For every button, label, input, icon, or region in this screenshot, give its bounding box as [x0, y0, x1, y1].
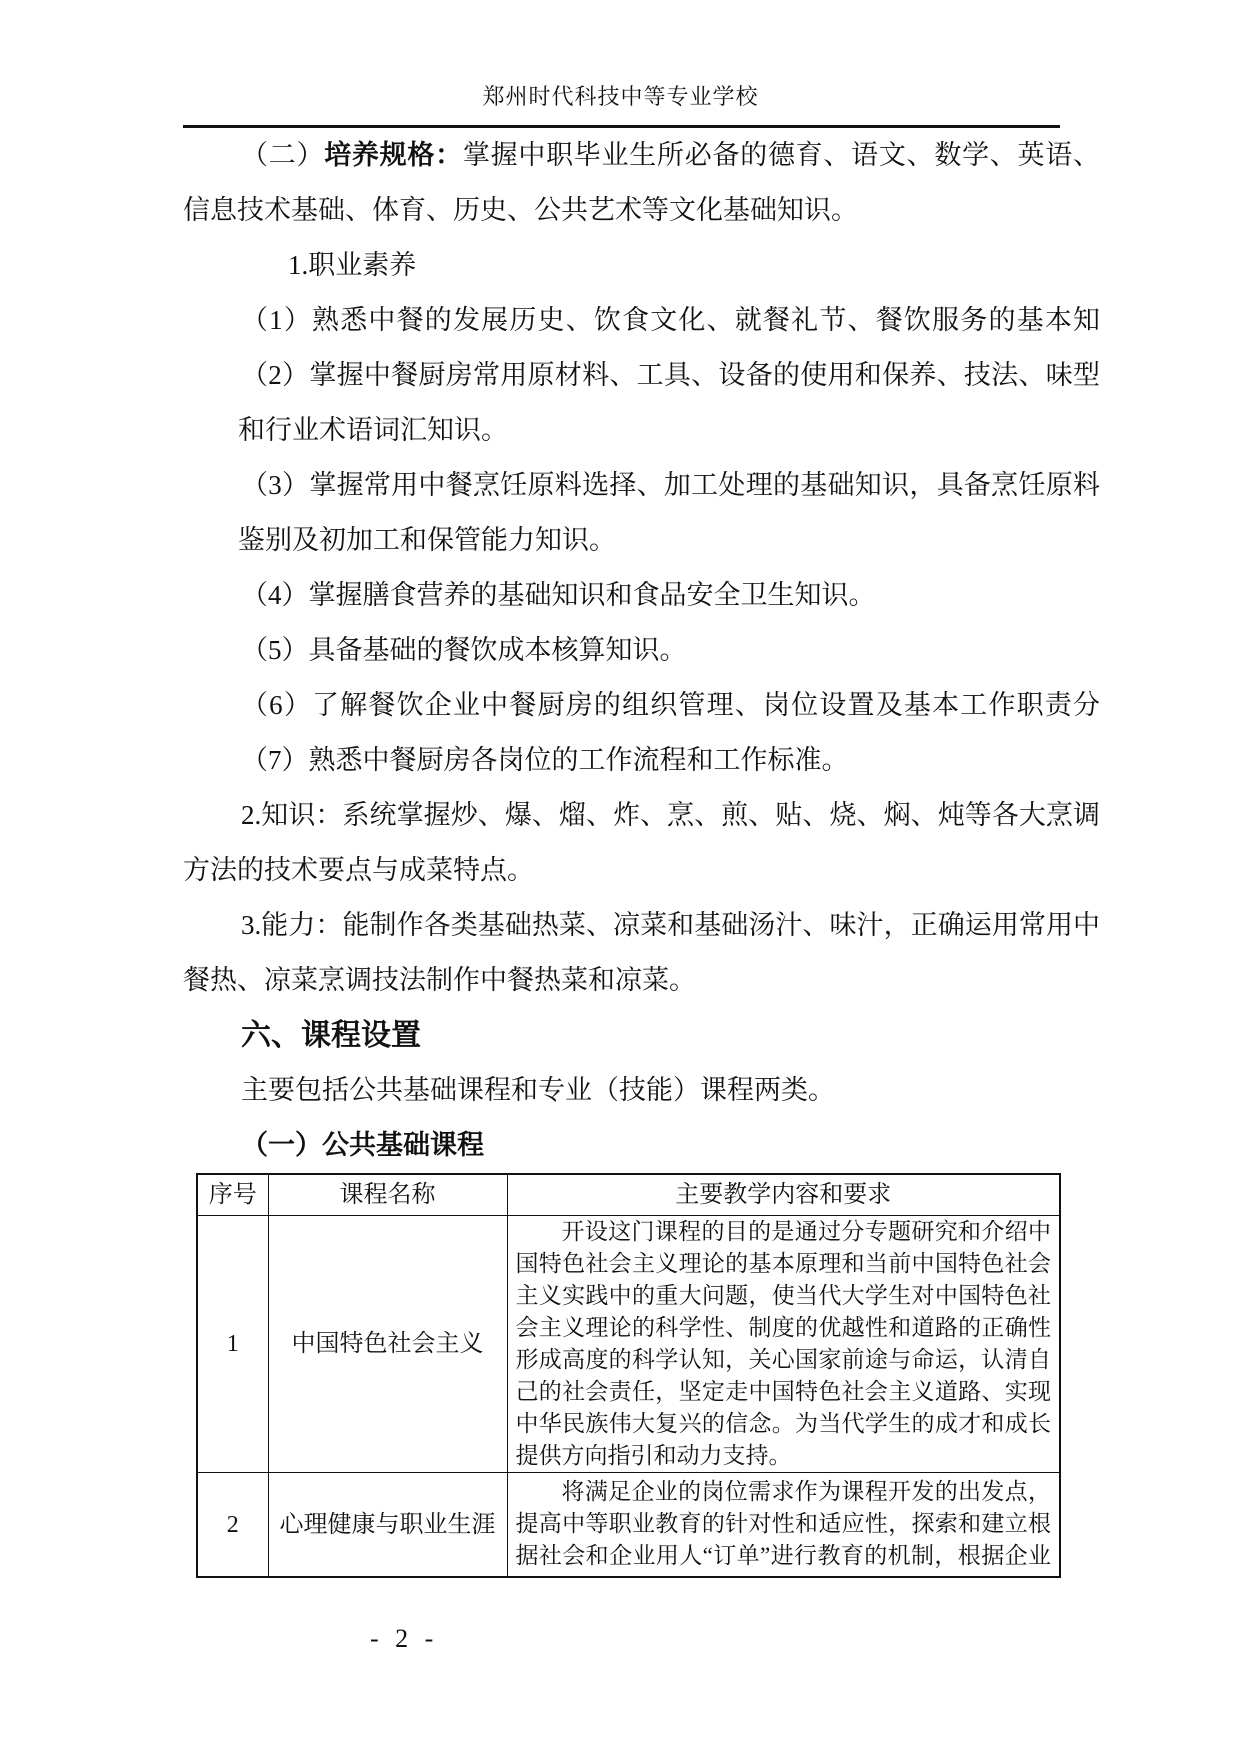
course-2-name: 心理健康与职业生涯 [268, 1473, 507, 1578]
course-1-name: 中国特色社会主义 [268, 1216, 507, 1473]
quality-item-3: （3）掌握常用中餐烹饪原料选择、加工处理的基础知识，具备烹饪原料鉴别及初加工和保… [183, 458, 1100, 568]
subsection-quality-title: 1.职业素养 [183, 238, 1100, 293]
quality-item-2: （2）掌握中餐厨房常用原材料、工具、设备的使用和保养、技法、味型和行业术语词汇知… [183, 348, 1100, 458]
course-2-no: 2 [197, 1473, 268, 1578]
para-training-spec: （二）培养规格：掌握中职毕业生所必备的德育、语文、数学、英语、信息技术基础、体育… [183, 128, 1100, 238]
course-table: 序号 课程名称 主要教学内容和要求 1 中国特色社会主义 开设这门课程的目的是通… [196, 1173, 1061, 1578]
page-number: - 2 - [370, 1624, 433, 1653]
document-body: （二）培养规格：掌握中职毕业生所必备的德育、语文、数学、英语、信息技术基础、体育… [0, 128, 1241, 1654]
quality-item-5: （5）具备基础的餐饮成本核算知识。 [183, 623, 1100, 678]
course-1-description: 开设这门课程的目的是通过分专题研究和介绍中国特色社会主义理论的基本原理和当前中国… [508, 1216, 1060, 1472]
course-2-description: 将满足企业的岗位需求作为课程开发的出发点，提高中等职业教育的针对性和适应性，探索… [508, 1473, 1060, 1576]
col-header-name: 课程名称 [268, 1174, 507, 1216]
para-course-intro: 主要包括公共基础课程和专业（技能）课程两类。 [183, 1063, 1100, 1118]
col-header-content: 主要教学内容和要求 [507, 1174, 1060, 1216]
para-training-spec-bold-label: 培养规格： [324, 140, 463, 170]
page-footer: - 2 - [370, 1624, 1100, 1654]
table-row-course-1: 1 中国特色社会主义 开设这门课程的目的是通过分专题研究和介绍中国特色社会主义理… [197, 1216, 1060, 1473]
course-1-no: 1 [197, 1216, 268, 1473]
para-ability: 3.能力：能制作各类基础热菜、凉菜和基础汤汁、味汁，正确运用常用中餐热、凉菜烹调… [183, 898, 1100, 1008]
table-header-row: 序号 课程名称 主要教学内容和要求 [197, 1174, 1060, 1216]
subsection-heading-public-basic: （一）公共基础课程 [183, 1118, 1100, 1173]
quality-item-7: （7）熟悉中餐厨房各岗位的工作流程和工作标准。 [183, 733, 1100, 788]
para-knowledge: 2.知识：系统掌握炒、爆、熘、炸、烹、煎、贴、烧、焖、炖等各大烹调方法的技术要点… [183, 788, 1100, 898]
quality-item-1: （1）熟悉中餐的发展历史、饮食文化、就餐礼节、餐饮服务的基本知识。 [183, 293, 1100, 348]
page-header: 郑州时代科技中等专业学校 [0, 0, 1241, 128]
col-header-no: 序号 [197, 1174, 268, 1216]
table-row-course-2: 2 心理健康与职业生涯 将满足企业的岗位需求作为课程开发的出发点，提高中等职业教… [197, 1473, 1060, 1578]
document-page: 郑州时代科技中等专业学校 （二）培养规格：掌握中职毕业生所必备的德育、语文、数学… [0, 0, 1241, 1754]
quality-item-4: （4）掌握膳食营养的基础知识和食品安全卫生知识。 [183, 568, 1100, 623]
para-training-spec-prefix: （二） [241, 140, 324, 170]
quality-item-6: （6）了解餐饮企业中餐厨房的组织管理、岗位设置及基本工作职责分工。 [183, 678, 1100, 733]
section-heading-courses: 六、课程设置 [183, 1008, 1100, 1063]
header-title: 郑州时代科技中等专业学校 [0, 0, 1241, 110]
